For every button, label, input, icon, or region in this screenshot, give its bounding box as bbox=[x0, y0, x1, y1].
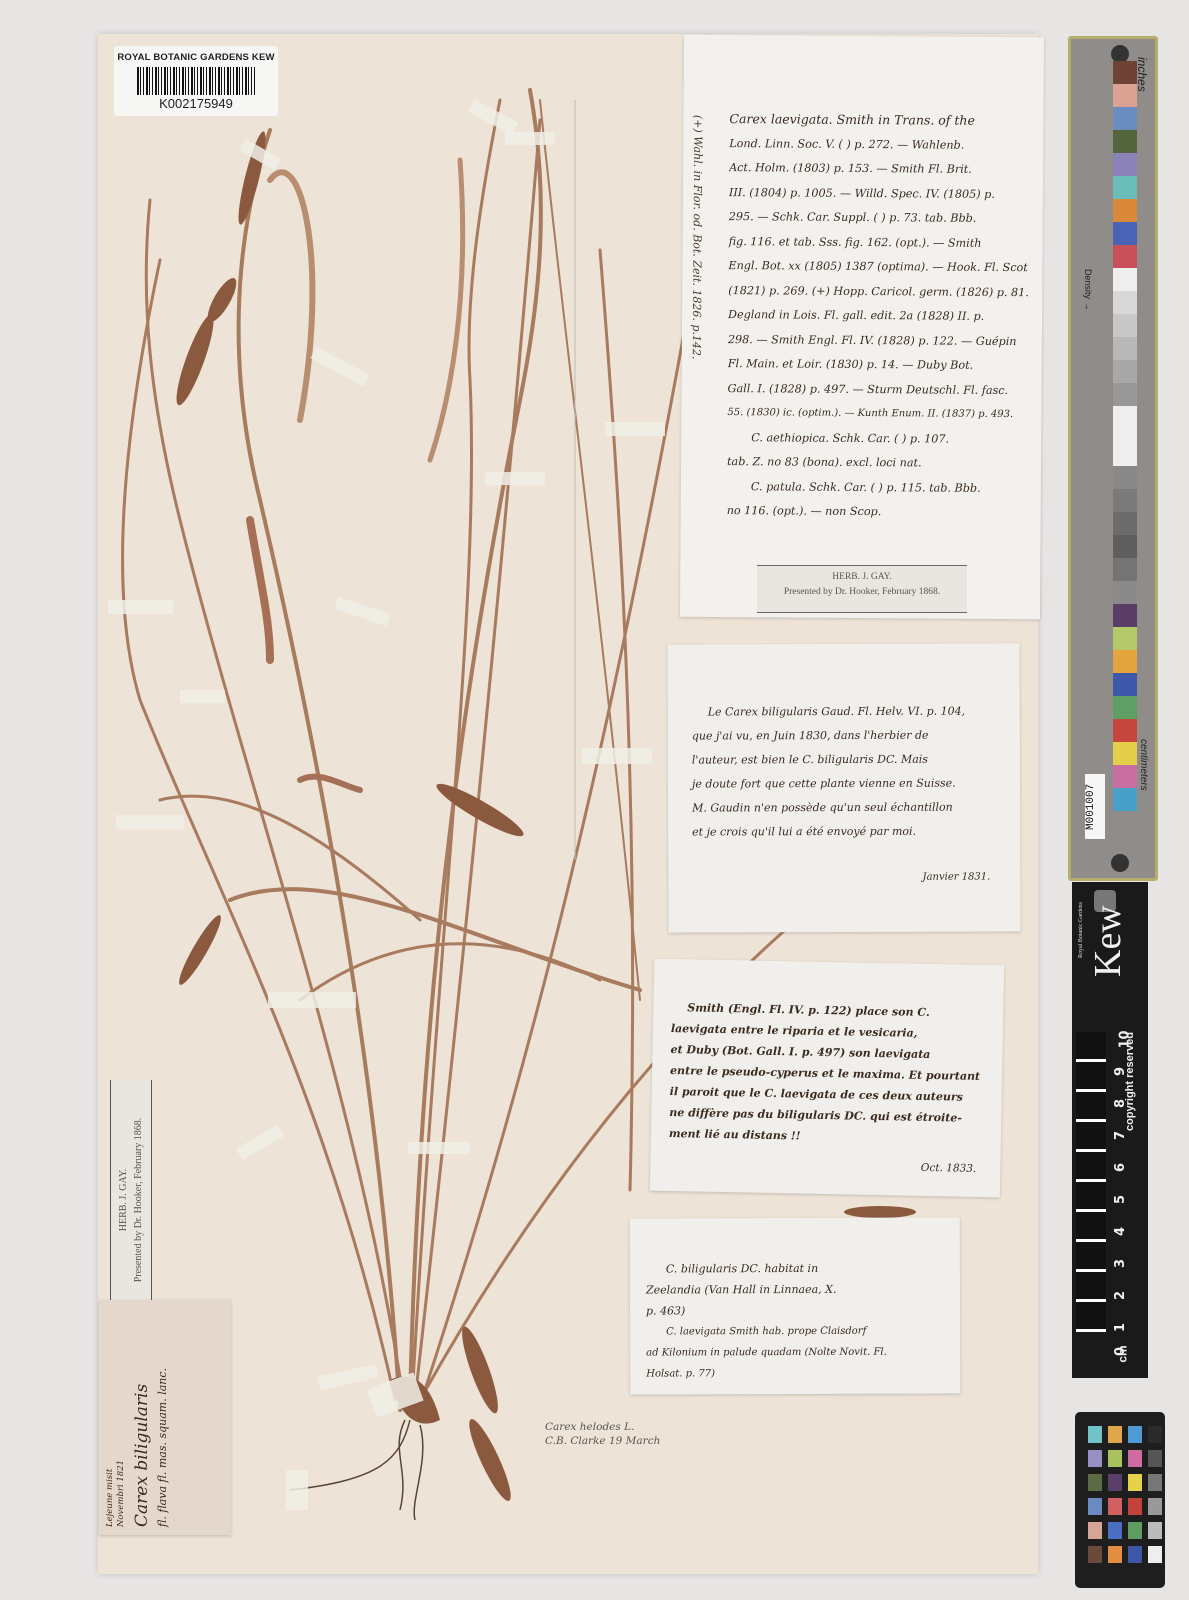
color-swatch bbox=[1113, 107, 1137, 130]
color-swatch bbox=[1113, 742, 1137, 765]
color-calibration-target: Density → inches centimeters M001 bbox=[1068, 36, 1158, 881]
description-line: squam. lanc. bbox=[156, 1368, 169, 1439]
herbarium-label-printed: HERB. J. GAY. Presented by Dr. Hooker, F… bbox=[757, 565, 967, 613]
note-line: Carex laevigata. Smith in Trans. of the bbox=[729, 107, 1029, 134]
note-line: 298. — Smith Engl. Fl. IV. (1828) p. 122… bbox=[728, 328, 1028, 355]
mounting-strip bbox=[180, 690, 225, 703]
description: fl. flava fl. mas. squam. lanc. bbox=[157, 1308, 168, 1527]
mounting-strip bbox=[605, 422, 665, 436]
color-swatch bbox=[1113, 627, 1137, 650]
note-line: C. patula. Schk. Car. ( ) p. 115. tab. B… bbox=[727, 475, 1027, 502]
note-smith-duby-1833: Smith (Engl. Fl. IV. p. 122) place son C… bbox=[650, 959, 1004, 1198]
label-inner: Lejeune misit Novembri 1821 Carex biligu… bbox=[99, 1300, 231, 1535]
centimeters-label: centimeters bbox=[1138, 739, 1149, 791]
color-swatch bbox=[1113, 535, 1137, 558]
color-swatch bbox=[1113, 765, 1137, 788]
note-line: fig. 116. et tab. Sss. fig. 162. (opt.).… bbox=[729, 230, 1029, 257]
color-swatch bbox=[1113, 489, 1137, 512]
scale-ticks bbox=[1076, 1032, 1106, 1332]
mounting-strip bbox=[108, 600, 173, 614]
mounting-strip bbox=[116, 815, 184, 829]
checker-patch bbox=[1148, 1546, 1162, 1563]
color-swatch bbox=[1113, 581, 1137, 604]
color-swatch bbox=[1113, 788, 1137, 811]
barcode-label: ROYAL BOTANIC GARDENS KEW K002175949 bbox=[114, 46, 278, 116]
mounting-strip bbox=[485, 472, 545, 485]
barcode-icon bbox=[137, 67, 255, 95]
note-carex-biligularis-1831: Le Carex biligularis Gaud. Fl. Helv. VI.… bbox=[667, 643, 1020, 932]
scale-number: 5 bbox=[1113, 1195, 1128, 1204]
genus: Carex bbox=[132, 1476, 152, 1527]
color-swatch bbox=[1113, 604, 1137, 627]
kew-subtitle: Royal Botanic Gardens bbox=[1078, 902, 1084, 958]
color-swatch bbox=[1113, 314, 1137, 337]
scale-number: 10 bbox=[1118, 1030, 1133, 1048]
checker-patch bbox=[1088, 1474, 1102, 1491]
color-swatch bbox=[1113, 650, 1137, 673]
note-text: C. biligularis DC. habitat in Zeelandia … bbox=[646, 1257, 956, 1384]
swatch-column bbox=[1113, 61, 1137, 811]
color-swatch bbox=[1113, 199, 1137, 222]
herbarium-name: HERB. J. GAY. bbox=[757, 570, 967, 585]
herbarium-name: HERB. J. GAY. bbox=[116, 1080, 131, 1320]
herbarium-provenance: Presented by Dr. Hooker, February 1868. bbox=[131, 1080, 146, 1320]
kew-scale-bar: Royal Botanic Gardens Kew copyright rese… bbox=[1072, 882, 1148, 1378]
scale-number: 2 bbox=[1113, 1291, 1128, 1300]
checker-patch bbox=[1128, 1426, 1142, 1443]
label-inner: HERB. J. GAY. Presented by Dr. Hooker, F… bbox=[110, 1080, 152, 1320]
checker-patch bbox=[1088, 1498, 1102, 1515]
note-line: que j'ai vu, en Juin 1830, dans l'herbie… bbox=[692, 723, 1010, 748]
color-swatch bbox=[1113, 383, 1137, 406]
note-line: C. aethiopica. Schk. Car. ( ) p. 107. bbox=[727, 426, 1027, 453]
color-swatch bbox=[1113, 222, 1137, 245]
side-annotation: (+) Wahl. in Flor. od. Bot. Zeit. 1826. … bbox=[690, 115, 705, 360]
note-line: Holsat. p. 77) bbox=[646, 1362, 956, 1384]
color-swatch bbox=[1113, 512, 1137, 535]
checker-patch bbox=[1088, 1450, 1102, 1467]
checker-patch bbox=[1128, 1498, 1142, 1515]
color-swatch bbox=[1113, 558, 1137, 581]
note-line: Le Carex biligularis Gaud. Fl. Helv. VI.… bbox=[692, 699, 1010, 724]
checker-patch bbox=[1108, 1450, 1122, 1467]
note-line: Degland in Lois. Fl. gall. edit. 2a (182… bbox=[728, 303, 1028, 330]
inches-label: inches bbox=[1135, 57, 1149, 92]
herbarium-label-printed-vertical: HERB. J. GAY. Presented by Dr. Hooker, F… bbox=[110, 1080, 152, 1320]
mounting-strip bbox=[408, 1142, 470, 1154]
note-line: C. biligularis DC. habitat in bbox=[646, 1257, 956, 1279]
mounting-strip bbox=[286, 1470, 308, 1510]
checker-grid bbox=[1088, 1426, 1162, 1563]
note-line: C.B. Clarke 19 March bbox=[545, 1434, 675, 1448]
checker-patch bbox=[1128, 1450, 1142, 1467]
checker-patch bbox=[1088, 1546, 1102, 1563]
color-swatch bbox=[1113, 696, 1137, 719]
note-line: III. (1804) p. 1005. — Willd. Spec. IV. … bbox=[729, 181, 1029, 208]
checker-patch bbox=[1088, 1522, 1102, 1539]
ruler-insert bbox=[1113, 406, 1137, 466]
color-swatch bbox=[1113, 466, 1137, 489]
note-text: Le Carex biligularis Gaud. Fl. Helv. VI.… bbox=[692, 699, 1011, 844]
color-swatch bbox=[1113, 719, 1137, 742]
scale-number: 7 bbox=[1113, 1131, 1128, 1140]
note-line: Fl. Main. et Loir. (1830) p. 14. — Duby … bbox=[728, 352, 1028, 379]
checker-patch bbox=[1148, 1474, 1162, 1491]
herbarium-provenance: Presented by Dr. Hooker, February 1868. bbox=[757, 585, 967, 600]
color-swatch bbox=[1113, 268, 1137, 291]
kew-logo: Kew bbox=[1086, 905, 1130, 977]
checker-patch bbox=[1148, 1426, 1162, 1443]
checker-patch bbox=[1108, 1426, 1122, 1443]
note-line: M. Gaudin n'en possède qu'un seul échant… bbox=[692, 795, 1010, 820]
note-line: je doute fort que cette plante vienne en… bbox=[692, 771, 1010, 796]
note-line: C. laevigata Smith hab. prope Claisdorf bbox=[646, 1320, 956, 1342]
note-line: Carex helodes L. bbox=[545, 1420, 675, 1434]
mounting-strip bbox=[505, 132, 555, 145]
color-checker-card bbox=[1075, 1412, 1165, 1588]
checker-patch bbox=[1128, 1522, 1142, 1539]
note-line: 55. (1830) ic. (optim.). — Kunth Enum. I… bbox=[727, 401, 1027, 428]
note-line: ad Kilonium in palude quadam (Nolte Novi… bbox=[646, 1341, 956, 1363]
note-line: no 116. (opt.). — non Scop. bbox=[727, 499, 1027, 526]
note-text: Smith (Engl. Fl. IV. p. 122) place son C… bbox=[669, 997, 1002, 1150]
institution-name: ROYAL BOTANIC GARDENS KEW bbox=[114, 52, 278, 63]
note-line: (1821) p. 269. (+) Hopp. Caricol. germ. … bbox=[728, 279, 1028, 306]
unit-label: cm bbox=[1116, 1345, 1130, 1362]
note-line: 295. — Schk. Car. Suppl. ( ) p. 73. tab.… bbox=[729, 205, 1029, 232]
determination-note-carex-laevigata: (+) Wahl. in Flor. od. Bot. Zeit. 1826. … bbox=[680, 35, 1044, 619]
checker-patch bbox=[1108, 1546, 1122, 1563]
color-swatch bbox=[1113, 176, 1137, 199]
note-text: Carex laevigata. Smith in Trans. of the … bbox=[727, 107, 1030, 526]
color-swatch bbox=[1113, 84, 1137, 107]
note-line: l'auteur, est bien le C. biligularis DC.… bbox=[692, 747, 1010, 772]
checker-patch bbox=[1148, 1522, 1162, 1539]
color-swatch bbox=[1113, 245, 1137, 268]
checker-patch bbox=[1088, 1426, 1102, 1443]
color-target-id: M001007 bbox=[1085, 774, 1105, 839]
taxon-name: Carex biligularis bbox=[131, 1308, 153, 1527]
color-swatch bbox=[1113, 337, 1137, 360]
note-line: Engl. Bot. xx (1805) 1387 (optima). — Ho… bbox=[728, 254, 1028, 281]
scale-number: 1 bbox=[1113, 1323, 1128, 1332]
checker-patch bbox=[1108, 1498, 1122, 1515]
scale-number: 6 bbox=[1113, 1163, 1128, 1172]
description-line: fl. flava fl. mas. bbox=[156, 1442, 169, 1527]
note-line: tab. Z. no 83 (bona). excl. loci nat. bbox=[727, 450, 1027, 477]
checker-patch bbox=[1148, 1450, 1162, 1467]
color-swatch bbox=[1113, 153, 1137, 176]
color-swatch bbox=[1113, 673, 1137, 696]
color-swatch bbox=[1113, 360, 1137, 383]
density-label: Density → bbox=[1083, 269, 1093, 311]
checker-patch bbox=[1148, 1498, 1162, 1515]
note-line: et je crois qu'il lui a été envoyé par m… bbox=[692, 819, 1010, 844]
note-line: Lond. Linn. Soc. V. ( ) p. 272. — Wahlen… bbox=[729, 132, 1029, 159]
note-line: Zeelandia (Van Hall in Linnaea, X. bbox=[646, 1278, 956, 1300]
scale-numbers: 10 9 8 7 6 5 4 3 2 1 0 bbox=[1112, 1032, 1142, 1362]
note-habitat-zeelandia: C. biligularis DC. habitat in Zeelandia … bbox=[630, 1217, 961, 1394]
color-swatch bbox=[1113, 291, 1137, 314]
note-line: p. 463) bbox=[646, 1299, 956, 1321]
scale-number: 4 bbox=[1113, 1227, 1128, 1236]
note-line: Gall. I. (1828) p. 497. — Sturm Deutschl… bbox=[727, 377, 1027, 404]
checker-patch bbox=[1108, 1522, 1122, 1539]
collection-date: Novembri 1821 bbox=[116, 1308, 127, 1527]
checker-patch bbox=[1128, 1474, 1142, 1491]
note-line: Act. Holm. (1803) p. 153. — Smith Fl. Br… bbox=[729, 156, 1029, 183]
species: biligularis bbox=[132, 1384, 152, 1471]
barcode-number: K002175949 bbox=[114, 96, 278, 111]
original-collection-label: Lejeune misit Novembri 1821 Carex biligu… bbox=[99, 1300, 231, 1535]
note-date: Janvier 1831. bbox=[923, 871, 991, 882]
hole-icon bbox=[1111, 854, 1129, 872]
scale-number: 9 bbox=[1113, 1067, 1128, 1076]
scale-number: 3 bbox=[1113, 1259, 1128, 1268]
determination-slip-clarke: Carex helodes L. C.B. Clarke 19 March bbox=[545, 1420, 675, 1465]
collector-line: Lejeune misit bbox=[105, 1308, 116, 1527]
checker-patch bbox=[1128, 1546, 1142, 1563]
mounting-strip bbox=[268, 992, 356, 1008]
checker-patch bbox=[1108, 1474, 1122, 1491]
note-date: Oct. 1833. bbox=[921, 1162, 977, 1175]
color-swatch bbox=[1113, 61, 1137, 84]
mounting-strip bbox=[582, 748, 652, 764]
scale-number: 8 bbox=[1113, 1099, 1128, 1108]
color-swatch bbox=[1113, 130, 1137, 153]
